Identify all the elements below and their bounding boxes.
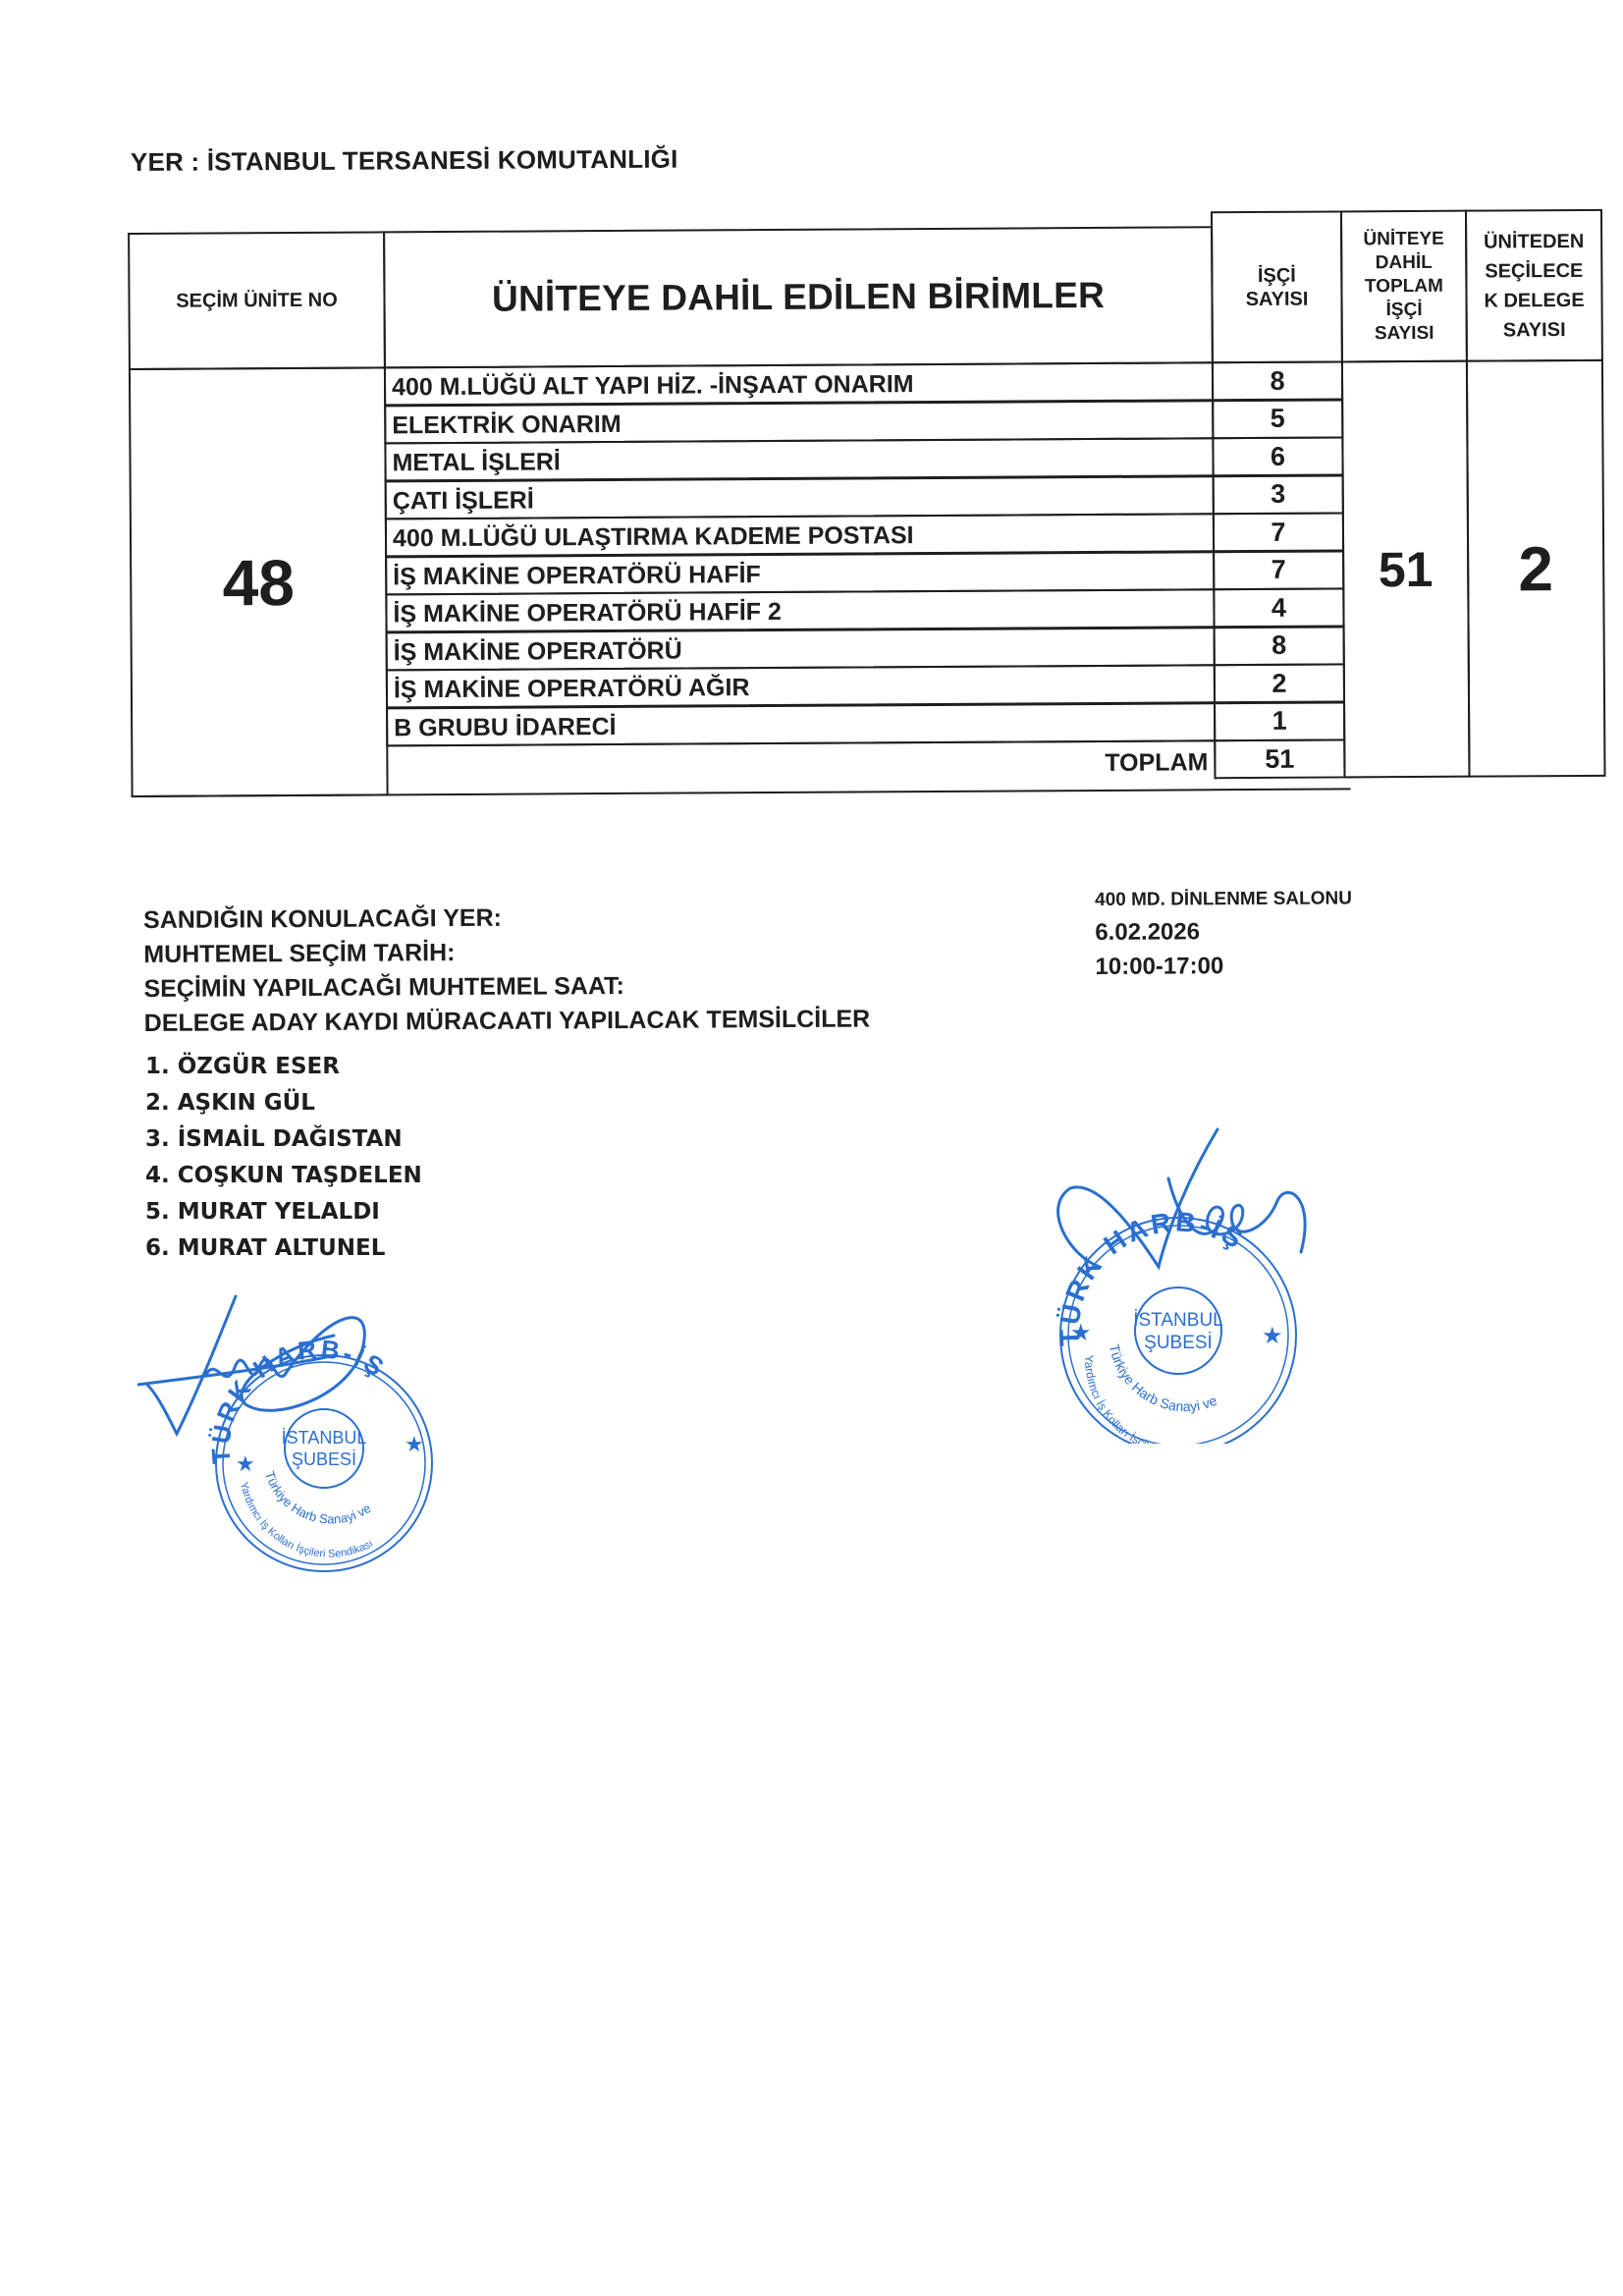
table-bottom-cell xyxy=(131,738,1350,797)
header-units: ÜNİTEYE DAHİL EDİLEN BİRİMLER xyxy=(383,226,1214,368)
table-row-worker-count: 8 xyxy=(1212,360,1343,401)
representative-item: 4. COŞKUN TAŞDELEN xyxy=(145,1158,422,1194)
representative-item: 6. MURAT ALTUNEL xyxy=(145,1230,422,1267)
stamp-center-line2: ŞUBESİ xyxy=(1144,1333,1213,1353)
table-row-worker-count: 1 xyxy=(1214,701,1345,741)
representative-item: 1. ÖZGÜR ESER xyxy=(145,1049,422,1085)
stamp-inner-text: Türkiye Harb Sanayi ve xyxy=(262,1469,373,1526)
signature-left xyxy=(137,1296,364,1434)
representatives-label: DELEGE ADAY KAYDI MÜRACAATI YAPILACAK TE… xyxy=(144,1002,871,1041)
representative-item: 2. AŞKIN GÜL xyxy=(145,1085,422,1121)
election-date-value: 6.02.2026 xyxy=(1095,913,1352,950)
unit-total-workers: 51 xyxy=(1341,360,1471,779)
star-icon: ★ xyxy=(236,1451,255,1476)
stamp-center-line2: ŞUBESİ xyxy=(292,1449,356,1469)
stamp-center-line1: İSTANBUL xyxy=(1133,1310,1223,1331)
location-title: YER : İSTANBUL TERSANESİ KOMUTANLIĞI xyxy=(131,144,678,178)
stamp-inner-text: Türkiye Harb Sanayi ve xyxy=(1107,1342,1219,1414)
unit-number: 48 xyxy=(129,366,389,797)
stamp-center-line1: İSTANBUL xyxy=(282,1428,367,1448)
header-delegates: ÜNİTEDEN SEÇİLECE K DELEGE SAYISI xyxy=(1465,209,1603,362)
representatives-list: 1. ÖZGÜR ESER 2. AŞKIN GÜL 3. İSMAİL DAĞ… xyxy=(145,1049,422,1267)
star-icon: ★ xyxy=(405,1432,424,1456)
table-row-worker-count: 5 xyxy=(1212,399,1343,439)
unit-delegate-count: 2 xyxy=(1466,359,1606,778)
table-row-worker-count: 7 xyxy=(1213,550,1344,590)
table-row-worker-count: 4 xyxy=(1213,587,1344,628)
election-unit-table: SEÇİM ÜNİTE NO ÜNİTEYE DAHİL EDİLEN BİRİ… xyxy=(128,210,1482,797)
table-row-worker-count: 3 xyxy=(1213,474,1344,515)
header-worker-count: İŞÇİ SAYISI xyxy=(1211,210,1343,363)
star-icon: ★ xyxy=(1070,1320,1092,1346)
representative-item: 3. İSMAİL DAĞISTAN xyxy=(145,1121,422,1158)
table-row-worker-count: 7 xyxy=(1213,512,1344,552)
table-row-worker-count: 2 xyxy=(1214,663,1345,703)
union-stamp-left: TÜRK HARB-İŞ İSTANBUL ŞUBESİ Türkiye Har… xyxy=(137,1286,511,1581)
header-unit-no: SEÇİM ÜNİTE NO xyxy=(128,231,386,370)
election-date-label: MUHTEMEL SEÇİM TARİH: xyxy=(143,933,870,972)
table-row-worker-count: 6 xyxy=(1212,436,1343,476)
union-stamp-right: TÜRK HARB-İŞ İSTANBUL ŞUBESİ Türkiye Har… xyxy=(1041,1120,1335,1444)
election-info-labels: SANDIĞIN KONULACAĞI YER: MUHTEMEL SEÇİM … xyxy=(143,899,870,1041)
representative-item: 5. MURAT YELALDI xyxy=(145,1194,422,1230)
election-time-value: 10:00-17:00 xyxy=(1095,948,1352,984)
election-info-values: 400 MD. DİNLENME SALONU 6.02.2026 10:00-… xyxy=(1095,884,1352,984)
table-row-worker-count: 8 xyxy=(1214,626,1345,666)
ballot-place-value: 400 MD. DİNLENME SALONU xyxy=(1095,884,1352,915)
election-time-label: SEÇİMİN YAPILACAĞI MUHTEMEL SAAT: xyxy=(143,967,870,1007)
ballot-place-label: SANDIĞIN KONULACAĞI YER: xyxy=(143,899,870,938)
header-total-workers: ÜNİTEYE DAHİL TOPLAM İŞÇİ SAYISI xyxy=(1340,210,1468,363)
star-icon: ★ xyxy=(1262,1323,1283,1349)
